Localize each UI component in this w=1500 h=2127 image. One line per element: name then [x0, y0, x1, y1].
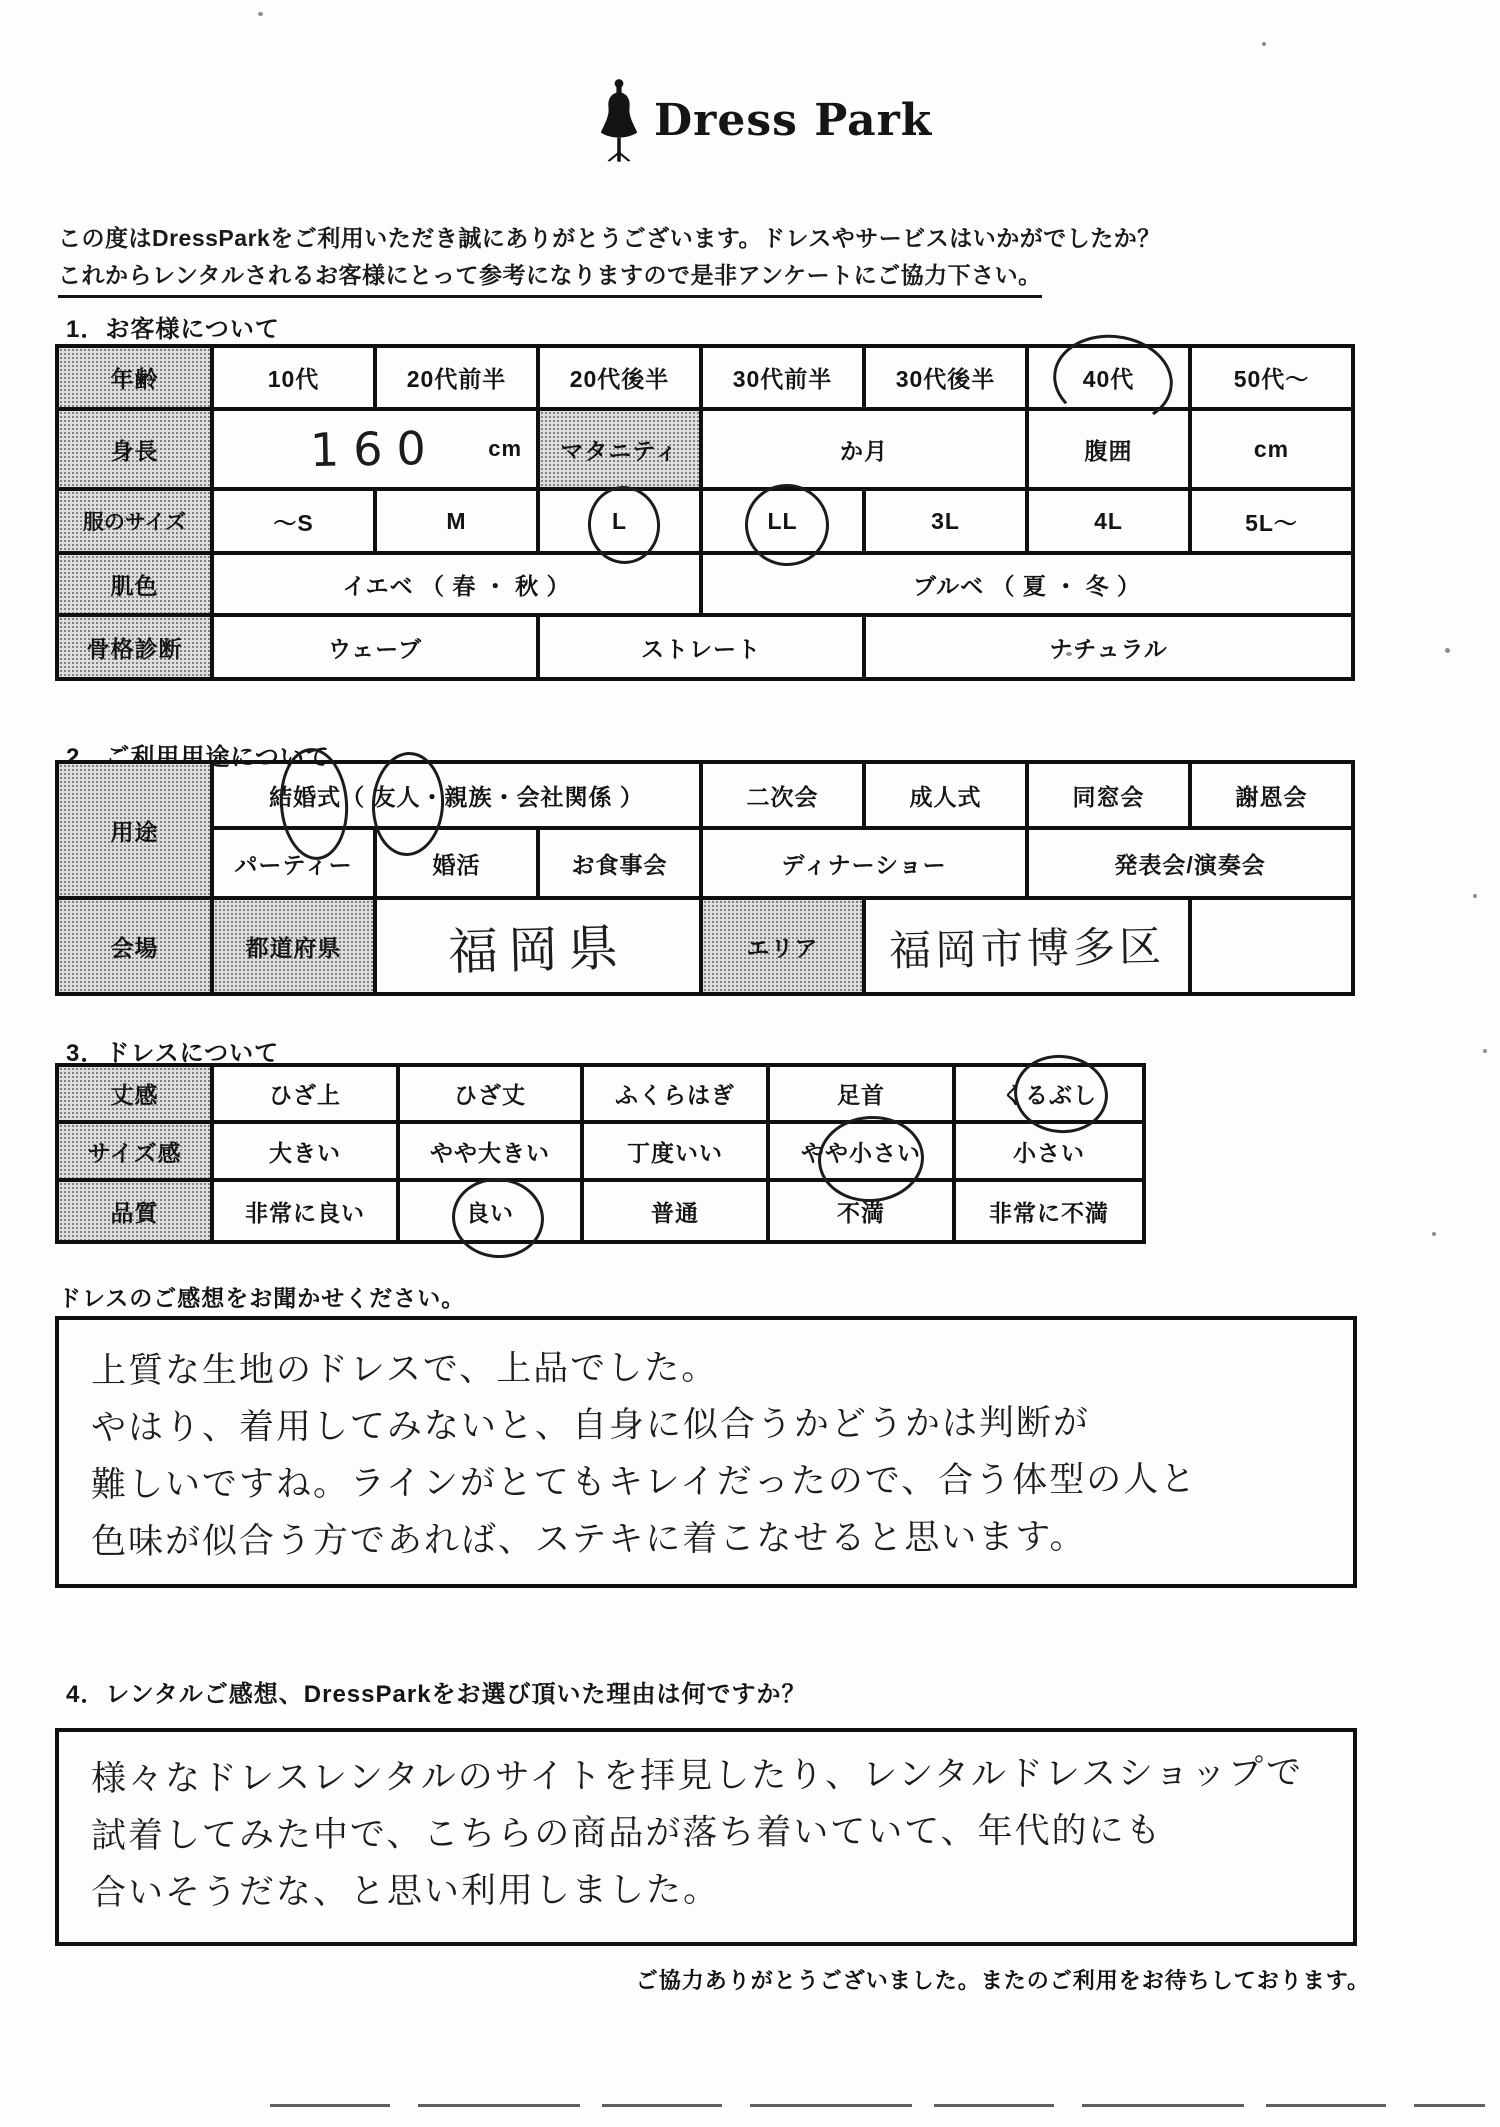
size-option: 3L — [864, 489, 1027, 553]
age-option: 10代 — [212, 346, 375, 409]
length-label: 丈感 — [57, 1065, 212, 1122]
length-option: ひざ上 — [212, 1065, 398, 1122]
intro-line-2-underlined: これからレンタルされるお客様にとって参考になりますので是非アンケートにご協力下さ… — [58, 257, 1042, 298]
size-label: 服のサイズ — [57, 489, 212, 553]
quality-option: 非常に良い — [212, 1180, 398, 1242]
height-row: 身長 160 cm マタニティ か月 腹囲 cm — [57, 409, 1353, 489]
purpose-option: 謝恩会 — [1190, 762, 1353, 828]
skin-tone-row: 肌色 イエベ （ 春 ・ 秋 ） ブルベ （ 夏 ・ 冬 ） — [57, 553, 1353, 615]
skeleton-label: 骨格診断 — [57, 615, 212, 679]
skeleton-option: ストレート — [538, 615, 864, 679]
purpose-row-2: パーティー 婚活 お食事会 ディナーショー 発表会/演奏会 — [57, 828, 1353, 898]
quality-label: 品質 — [57, 1180, 212, 1242]
dress-feedback-box: 上質な生地のドレスで、上品でした。 やはり、着用してみないと、自身に似合うかどう… — [55, 1316, 1357, 1588]
section4-heading: 4．レンタルご感想、DressParkをお選び頂いた理由は何ですか？ — [66, 1674, 807, 1709]
size-option-circled: L — [538, 489, 701, 553]
rental-feedback-box: 様々なドレスレンタルのサイトを拝見したり、レンタルドレスショップで 試着してみた… — [55, 1728, 1357, 1946]
purpose-option: 成人式 — [864, 762, 1027, 828]
length-row: 丈感 ひざ上 ひざ丈 ふくらはぎ 足首 くるぶし — [57, 1065, 1144, 1122]
skin-option-blue: ブルベ （ 夏 ・ 冬 ） — [701, 553, 1353, 615]
scan-speck — [1483, 1049, 1487, 1053]
age-option: 20代前半 — [375, 346, 538, 409]
skeleton-option: ナチュラル — [864, 615, 1353, 679]
height-unit: cm — [488, 436, 522, 462]
purpose-option: 発表会/演奏会 — [1027, 828, 1353, 898]
fit-option: やや大きい — [398, 1122, 582, 1180]
dress-form-icon — [594, 78, 644, 162]
quality-row: 品質 非常に良い 良い 普通 不満 非常に不満 — [57, 1180, 1144, 1242]
age-option-circled: 40代 — [1027, 346, 1190, 409]
survey-page: Dress Park この度はDressParkをご利用いただき誠にありがとうご… — [0, 0, 1500, 2127]
length-option: 足首 — [768, 1065, 954, 1122]
purpose-option: パーティー — [212, 828, 375, 898]
logo-text: Dress Park — [654, 95, 932, 146]
quality-option: 不満 — [768, 1180, 954, 1242]
handwritten-feedback-line: 合いそうだな、と思い利用しました。 — [91, 1859, 1353, 1923]
skeleton-row: 骨格診断 ウェーブ ストレート ナチュラル — [57, 615, 1353, 679]
quality-option-circled: 良い — [398, 1180, 582, 1242]
prefecture-label: 都道府県 — [212, 898, 375, 994]
age-option: 50代～ — [1190, 346, 1353, 409]
quality-option: 普通 — [582, 1180, 768, 1242]
fit-option: 大きい — [212, 1122, 398, 1180]
clothing-size-row: 服のサイズ ～S M L LL 3L 4L 5L～ — [57, 489, 1353, 553]
handwritten-prefecture: 福岡県 — [447, 908, 629, 985]
size-option: ～S — [212, 489, 375, 553]
intro-line-1: この度はDressParkをご利用いただき誠にありがとうございます。ドレスやサー… — [58, 220, 1161, 253]
skeleton-option: ウェーブ — [212, 615, 538, 679]
size-option-circled: LL — [701, 489, 864, 553]
handwritten-feedback-line: 試着してみた中で、こちらの商品が落ち着いていて、年代的にも — [91, 1802, 1353, 1866]
skin-option-yellow: イエベ （ 春 ・ 秋 ） — [212, 553, 701, 615]
age-option: 30代後半 — [864, 346, 1027, 409]
handwritten-feedback-line: やはり、着用してみないと、自身に似合うかどうかは判断が — [91, 1394, 1353, 1458]
age-option: 20代後半 — [538, 346, 701, 409]
length-option: ふくらはぎ — [582, 1065, 768, 1122]
girth-cell: 腹囲 — [1027, 409, 1190, 489]
purpose-option-wedding: 結婚式（ 友人・親族・会社関係 ） — [212, 762, 701, 828]
dress-feedback-label: ドレスのご感想をお聞かせください。 — [58, 1280, 465, 1313]
age-row: 年齢 10代 20代前半 20代後半 30代前半 30代後半 40代 50代～ — [57, 346, 1353, 409]
purpose-label: 用途 — [57, 762, 212, 898]
fit-row: サイズ感 大きい やや大きい 丁度いい やや小さい 小さい — [57, 1122, 1144, 1180]
scan-speck — [1473, 894, 1477, 898]
section1-heading: 1．お客様について — [66, 309, 280, 344]
height-value-cell: 160 cm — [212, 409, 538, 489]
fit-option-circled: やや小さい — [768, 1122, 954, 1180]
length-option-circled: くるぶし — [954, 1065, 1144, 1122]
fit-label: サイズ感 — [57, 1122, 212, 1180]
handwritten-area: 福岡市博多区 — [889, 914, 1166, 979]
scan-speck — [1066, 652, 1072, 656]
customer-table: 年齢 10代 20代前半 20代後半 30代前半 30代後半 40代 50代～ … — [55, 344, 1355, 681]
purpose-row-1: 用途 結婚式（ 友人・親族・会社関係 ） 二次会 成人式 同窓会 謝恩会 — [57, 762, 1353, 828]
venue-label: 会場 — [57, 898, 212, 994]
size-option: 5L～ — [1190, 489, 1353, 553]
age-label: 年齢 — [57, 346, 212, 409]
length-option: ひざ丈 — [398, 1065, 582, 1122]
scan-speck — [258, 12, 263, 16]
maternity-cell: マタニティ — [538, 409, 701, 489]
size-option: M — [375, 489, 538, 553]
handwritten-feedback-line: 難しいですね。ラインがとてもキレイだったので、合う体型の人と — [91, 1451, 1353, 1515]
purpose-table: 用途 結婚式（ 友人・親族・会社関係 ） 二次会 成人式 同窓会 謝恩会 パーテ… — [55, 760, 1355, 996]
scan-speck — [1262, 42, 1266, 46]
empty-cell — [1190, 898, 1353, 994]
dress-table: 丈感 ひざ上 ひざ丈 ふくらはぎ 足首 くるぶし サイズ感 大きい やや大きい … — [55, 1063, 1146, 1244]
purpose-option: ディナーショー — [701, 828, 1027, 898]
prefecture-value-cell: 福岡県 — [375, 898, 701, 994]
skin-label: 肌色 — [57, 553, 212, 615]
area-label: エリア — [701, 898, 864, 994]
size-option: 4L — [1027, 489, 1190, 553]
handwritten-feedback-line: 上質な生地のドレスで、上品でした。 — [91, 1337, 1353, 1401]
scan-speck — [1445, 648, 1450, 653]
purpose-option: 婚活 — [375, 828, 538, 898]
dress-park-logo: Dress Park — [594, 78, 932, 162]
purpose-option: お食事会 — [538, 828, 701, 898]
months-cell: か月 — [701, 409, 1027, 489]
quality-option: 非常に不満 — [954, 1180, 1144, 1242]
area-value-cell: 福岡市博多区 — [864, 898, 1190, 994]
girth-unit-cell: cm — [1190, 409, 1353, 489]
venue-row: 会場 都道府県 福岡県 エリア 福岡市博多区 — [57, 898, 1353, 994]
fit-option: 小さい — [954, 1122, 1144, 1180]
closing-message: ご協力ありがとうございました。またのご利用をお待ちしております。 — [636, 1964, 1370, 1995]
handwritten-feedback-line: 様々なドレスレンタルのサイトを拝見したり、レンタルドレスショップで — [91, 1745, 1353, 1809]
handwritten-feedback-line: 色味が似合う方であれば、ステキに着こなせると思います。 — [91, 1508, 1353, 1572]
scan-speck — [1432, 1232, 1436, 1236]
fit-option: 丁度いい — [582, 1122, 768, 1180]
handwritten-height: 160 — [310, 421, 441, 477]
purpose-option: 同窓会 — [1027, 762, 1190, 828]
height-label: 身長 — [57, 409, 212, 489]
purpose-option: 二次会 — [701, 762, 864, 828]
scan-fold-line — [270, 2104, 1485, 2107]
age-option: 30代前半 — [701, 346, 864, 409]
